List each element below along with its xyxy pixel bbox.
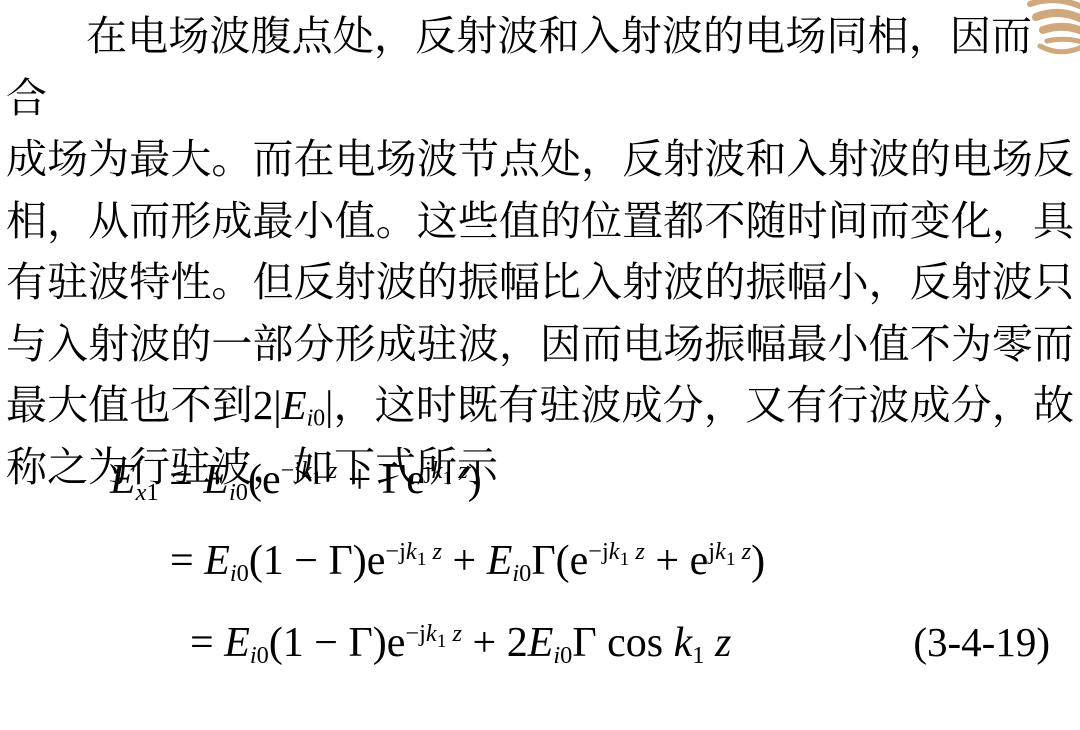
- equations: Ex1 = Ei0(e−jk1 z + Γejk1 z)= Ei0(1 − Γ)…: [0, 448, 1080, 692]
- equation-body: Ex1 = Ei0(e−jk1 z + Γejk1 z): [110, 457, 482, 503]
- math-token: (1 − Γ)e: [269, 620, 406, 666]
- math-token: 0: [236, 479, 248, 506]
- text-run: 有驻波特性。但反射波的振幅比入射波的振幅小，反射波只: [6, 259, 1074, 305]
- text-run: 与入射波的一部分形成驻波，因而电场振幅最小值不为零而: [6, 321, 1074, 367]
- math-token: (1 − Γ)e: [249, 538, 386, 584]
- text-run: 最大值也不到2|: [6, 382, 282, 428]
- math-token: z: [446, 620, 462, 647]
- math-token: 1: [312, 468, 322, 489]
- math-token: i: [229, 479, 236, 506]
- math-token: E: [110, 457, 136, 503]
- math-token: 0: [313, 406, 325, 432]
- math-token: (e: [248, 457, 281, 503]
- math-token: 1: [417, 549, 427, 570]
- math-token: E: [487, 538, 513, 584]
- paragraph-line: 相，从而形成最小值。这些值的位置都不随时间而变化，具: [6, 191, 1074, 253]
- text-run: |，这时既有驻波成分，又有行波成分，故: [325, 382, 1074, 428]
- math-token: 0: [257, 642, 269, 669]
- math-token: jk1 z: [708, 538, 751, 565]
- math-token: k: [432, 457, 443, 484]
- math-token: x1: [136, 479, 159, 506]
- math-token: 1: [442, 468, 452, 489]
- math-token: 1: [620, 549, 630, 570]
- math-token: −j: [281, 457, 302, 484]
- math-token: k: [715, 538, 726, 565]
- math-token: Γ(e: [531, 538, 588, 584]
- math-token: ): [751, 538, 765, 584]
- paragraph-line: 有驻波特性。但反射波的振幅比入射波的振幅小，反射波只: [6, 252, 1074, 314]
- math-token: −j: [405, 620, 426, 647]
- math-token: E: [282, 382, 307, 428]
- math-token: k: [426, 620, 437, 647]
- math-token: z: [736, 538, 752, 565]
- equation-line: = Ei0(1 − Γ)e−jk1 z + Ei0Γ(e−jk1 z + ejk…: [170, 529, 1080, 593]
- math-token: 0: [560, 642, 572, 669]
- math-token: i0: [250, 642, 269, 669]
- equation-body: = Ei0(1 − Γ)e−jk1 z + Ei0Γ(e−jk1 z + ejk…: [170, 538, 765, 584]
- math-token: −jk1 z: [281, 457, 338, 484]
- math-token: k: [301, 457, 312, 484]
- math-token: i0: [553, 642, 572, 669]
- math-token: E: [528, 620, 554, 666]
- math-token: E: [224, 620, 250, 666]
- math-token: i0: [230, 560, 249, 587]
- math-token: jk1 z: [425, 457, 468, 484]
- math-token: 1: [726, 549, 736, 570]
- math-token: −j: [385, 538, 406, 565]
- math-token: −jk1 z: [405, 620, 462, 647]
- paragraph-line: 与入射波的一部分形成驻波，因而电场振幅最小值不为零而: [6, 314, 1074, 376]
- math-token: −jk1 z: [385, 538, 442, 565]
- math-token: −j: [588, 538, 609, 565]
- math-token: z: [629, 538, 645, 565]
- math-token: E: [204, 538, 230, 584]
- math-token: z: [426, 538, 442, 565]
- math-token: 1: [692, 642, 704, 669]
- equation-number: (3-4-19): [913, 610, 1050, 674]
- math-token: 1: [437, 631, 447, 652]
- math-token: k: [406, 538, 417, 565]
- math-token: =: [190, 620, 224, 666]
- text-run: 相，从而形成最小值。这些值的位置都不随时间而变化，具: [6, 198, 1074, 244]
- text-run: 成场为最大。而在电场波节点处，反射波和入射波的电场反: [6, 136, 1074, 182]
- equation-body: = Ei0(1 − Γ)e−jk1 z + 2Ei0Γ cos k1 z: [190, 611, 731, 675]
- math-token: i0: [512, 560, 531, 587]
- math-token: j: [425, 457, 432, 484]
- math-token: i: [230, 560, 237, 587]
- math-token: z: [704, 620, 731, 666]
- math-token: E: [203, 457, 229, 503]
- equation-line: = Ei0(1 − Γ)e−jk1 z + 2Ei0Γ cos k1 z(3-4…: [190, 610, 1080, 675]
- math-token: z: [322, 457, 338, 484]
- math-token: =: [170, 538, 204, 584]
- math-token: 0: [237, 560, 249, 587]
- paragraph-line: 在电场波腹点处，反射波和入射波的电场同相，因而合: [6, 6, 1074, 129]
- math-token: + Γe: [337, 457, 425, 503]
- math-token: i: [250, 642, 257, 669]
- math-token: k: [674, 620, 693, 666]
- paragraph-line: 成场为最大。而在电场波节点处，反射波和入射波的电场反: [6, 129, 1074, 191]
- math-token: −jk1 z: [588, 538, 645, 565]
- math-token: +: [442, 538, 487, 584]
- math-token: i0: [229, 479, 248, 506]
- math-token: k: [609, 538, 620, 565]
- paragraph-line: 最大值也不到2|Ei0|，这时既有驻波成分，又有行波成分，故: [6, 375, 1074, 437]
- math-token: 1: [620, 549, 630, 570]
- math-token: 0: [519, 560, 531, 587]
- math-token: 1: [692, 642, 704, 669]
- math-token: z: [452, 457, 468, 484]
- slide: 在电场波腹点处，反射波和入射波的电场同相，因而合成场为最大。而在电场波节点处，反…: [0, 0, 1080, 730]
- math-token: + e: [645, 538, 708, 584]
- math-token: 1: [442, 468, 452, 489]
- paragraph: 在电场波腹点处，反射波和入射波的电场同相，因而合成场为最大。而在电场波节点处，反…: [6, 6, 1074, 498]
- equation-line: Ex1 = Ei0(e−jk1 z + Γejk1 z): [110, 448, 1080, 512]
- math-token: 1: [146, 479, 158, 506]
- math-token: Γ cos: [572, 620, 673, 666]
- math-token: 1: [312, 468, 322, 489]
- math-token: i0: [307, 406, 326, 432]
- math-token: =: [159, 457, 204, 503]
- math-token: 1: [437, 631, 447, 652]
- math-token: j: [708, 538, 715, 565]
- text-run: 在电场波腹点处，反射波和入射波的电场同相，因而合: [6, 13, 1032, 121]
- math-token: 1: [417, 549, 427, 570]
- math-token: + 2: [462, 620, 528, 666]
- math-token: x: [136, 479, 147, 506]
- math-token: ): [468, 457, 482, 503]
- math-token: 1: [726, 549, 736, 570]
